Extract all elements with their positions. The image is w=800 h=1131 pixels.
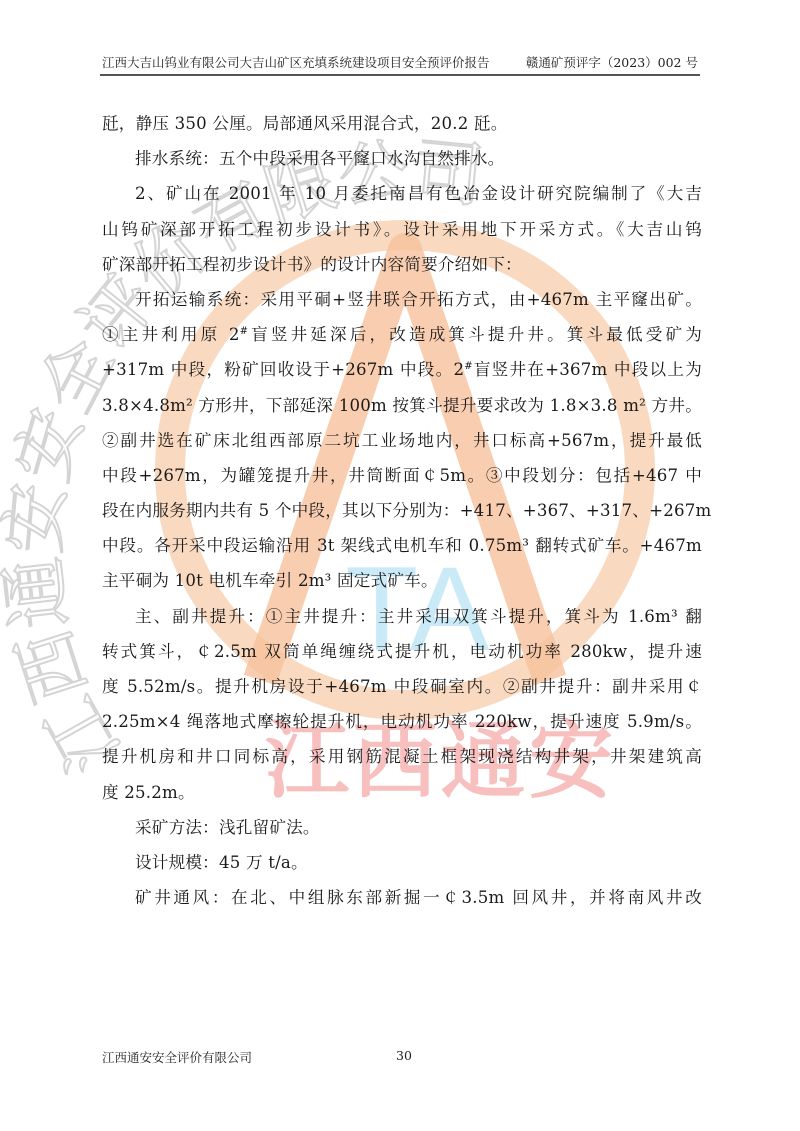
report-title: 江西大吉山钨业有限公司大吉山矿区充填系统建设项目安全预评价报告 (102, 54, 490, 72)
text-line: 度 25.2m。 (102, 775, 702, 810)
text-line: 度 5.52m/s。提升机房设于+467m 中段硐室内。②副井提升：副井采用￠ (102, 669, 702, 704)
text-line: 矿井通风：在北、中组脉东部新掘一￠3.5m 回风井，并将南风井改 (102, 880, 702, 915)
text-line: 采矿方法：浅孔留矿法。 (102, 810, 702, 845)
body-text: 瓩，静压 350 公厘。局部通风采用混合式，20.2 瓩。排水系统：五个中段采用… (102, 106, 702, 915)
text-line: 中段。各开采中段运输沿用 3t 架线式电机车和 0.75m³ 翻转式矿车。+46… (102, 528, 702, 563)
text-line: 主平硐为 10t 电机车牵引 2m³ 固定式矿车。 (102, 563, 702, 598)
text-line: 中段+267m，为罐笼提升井，井筒断面￠5m。③中段划分：包括+467 中 (102, 458, 702, 493)
text-line: 段在内服务期内共有 5 个中段，其以下分别为：+417、+367、+317、+2… (102, 493, 702, 528)
text-line: 转式箕斗，￠2.5m 双筒单绳缠绕式提升机，电动机功率 280kw，提升速 (102, 634, 702, 669)
text-line: 开拓运输系统：采用平硐+竖井联合开拓方式，由+467m 主平窿出矿。 (102, 282, 702, 317)
text-line: +317m 中段，粉矿回收设于+267m 中段。2#盲竖井在+367m 中段以上… (102, 352, 702, 387)
footer-company: 江西通安安全评价有限公司 (102, 1048, 252, 1066)
text-line: ①主井利用原 2#盲竖井延深后，改造成箕斗提升井。箕斗最低受矿为 (102, 317, 702, 352)
text-line: 2.25m×4 绳落地式摩擦轮提升机，电动机功率 220kw，提升速度 5.9m… (102, 704, 702, 739)
document-page: 江西通安安全评价有限公司 TA 江西通安 江西大吉山钨业有限公司大吉山矿区充填系… (0, 0, 800, 1131)
text-line: 设计规模：45 万 t/a。 (102, 845, 702, 880)
page-header: 江西大吉山钨业有限公司大吉山矿区充填系统建设项目安全预评价报告 赣通矿预评字（2… (100, 50, 700, 76)
text-line: 山钨矿深部开拓工程初步设计书》。设计采用地下开采方式。《大吉山钨 (102, 212, 702, 247)
text-line: 主、副井提升：①主井提升：主井采用双箕斗提升，箕斗为 1.6m³ 翻 (102, 599, 702, 634)
text-line: 矿深部开拓工程初步设计书》的设计内容简要介绍如下： (102, 247, 702, 282)
text-line: 提升机房和井口同标高，采用钢筋混凝土框架现浇结构井架，井架建筑高 (102, 739, 702, 774)
text-line: 3.8×4.8m² 方形井，下部延深 100m 按箕斗提升要求改为 1.8×3.… (102, 388, 702, 423)
document-number: 赣通矿预评字（2023）002 号 (526, 54, 698, 72)
text-line: 排水系统：五个中段采用各平窿口水沟自然排水。 (102, 141, 702, 176)
page-number: 30 (396, 1048, 412, 1063)
text-line: 瓩，静压 350 公厘。局部通风采用混合式，20.2 瓩。 (102, 106, 702, 141)
text-line: ②副井选在矿床北组西部原二坑工业场地内，井口标高+567m，提升最低 (102, 423, 702, 458)
text-line: 2、矿山在 2001 年 10 月委托南昌有色冶金设计研究院编制了《大吉 (102, 176, 702, 211)
